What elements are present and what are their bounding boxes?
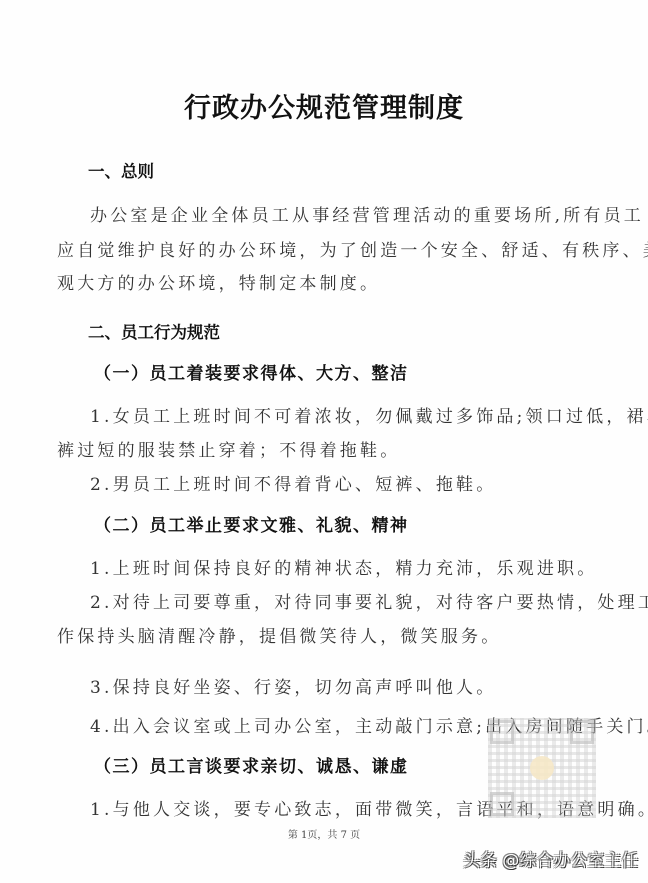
list-item-line: 裤过短的服装禁止穿着；不得着拖鞋。 bbox=[57, 436, 400, 461]
section-heading-general: 一、总则 bbox=[88, 158, 154, 182]
document-page: 行政办公规范管理制度 一、总则 办公室是企业全体员工从事经营管理活动的重要场所,… bbox=[0, 0, 648, 883]
section-heading-conduct: 二、员工行为规范 bbox=[88, 319, 220, 343]
list-item-line: 2.对待上司要尊重，对待同事要礼貌，对待客户要热情，处理工 bbox=[90, 588, 648, 613]
list-item-line: 1.上班时间保持良好的精神状态，精力充沛，乐观进职。 bbox=[90, 554, 597, 579]
list-item-line: 作保持头脑清醒冷静，提倡微笑待人，微笑服务。 bbox=[57, 622, 501, 647]
qr-finder-icon bbox=[570, 720, 594, 744]
qr-code-icon bbox=[488, 718, 596, 818]
page-title: 行政办公规范管理制度 bbox=[0, 86, 648, 125]
subsection-heading-speech: （三）员工言谈要求亲切、诚恳、谦虚 bbox=[94, 752, 409, 777]
subsection-heading-attire: （一）员工着装要求得体、大方、整洁 bbox=[94, 359, 409, 384]
paragraph-line: 应自觉维护良好的办公环境，为了创造一个安全、舒适、有秩序、美 bbox=[57, 236, 648, 261]
qr-finder-icon bbox=[490, 720, 514, 744]
list-item-line: 1.女员工上班时间不可着浓妆，勿佩戴过多饰品;领口过低，裙、 bbox=[90, 402, 648, 427]
qr-logo-icon bbox=[530, 756, 554, 780]
watermark: 头条 @综合办公室主任 bbox=[463, 846, 638, 871]
paragraph-line: 办公室是企业全体员工从事经营管理活动的重要场所,所有员工 bbox=[90, 201, 644, 226]
paragraph-line: 观大方的办公环境，特制定本制度。 bbox=[57, 269, 380, 294]
subsection-heading-behavior: （二）员工举止要求文雅、礼貌、精神 bbox=[94, 511, 409, 536]
page-footer: 第 1页，共 7 页 bbox=[0, 826, 648, 841]
qr-finder-icon bbox=[490, 792, 514, 816]
list-item-line: 2.男员工上班时间不得着背心、短裤、拖鞋。 bbox=[90, 470, 496, 495]
list-item-line: 3.保持良好坐姿、行姿，切勿高声呼叫他人。 bbox=[90, 673, 496, 698]
